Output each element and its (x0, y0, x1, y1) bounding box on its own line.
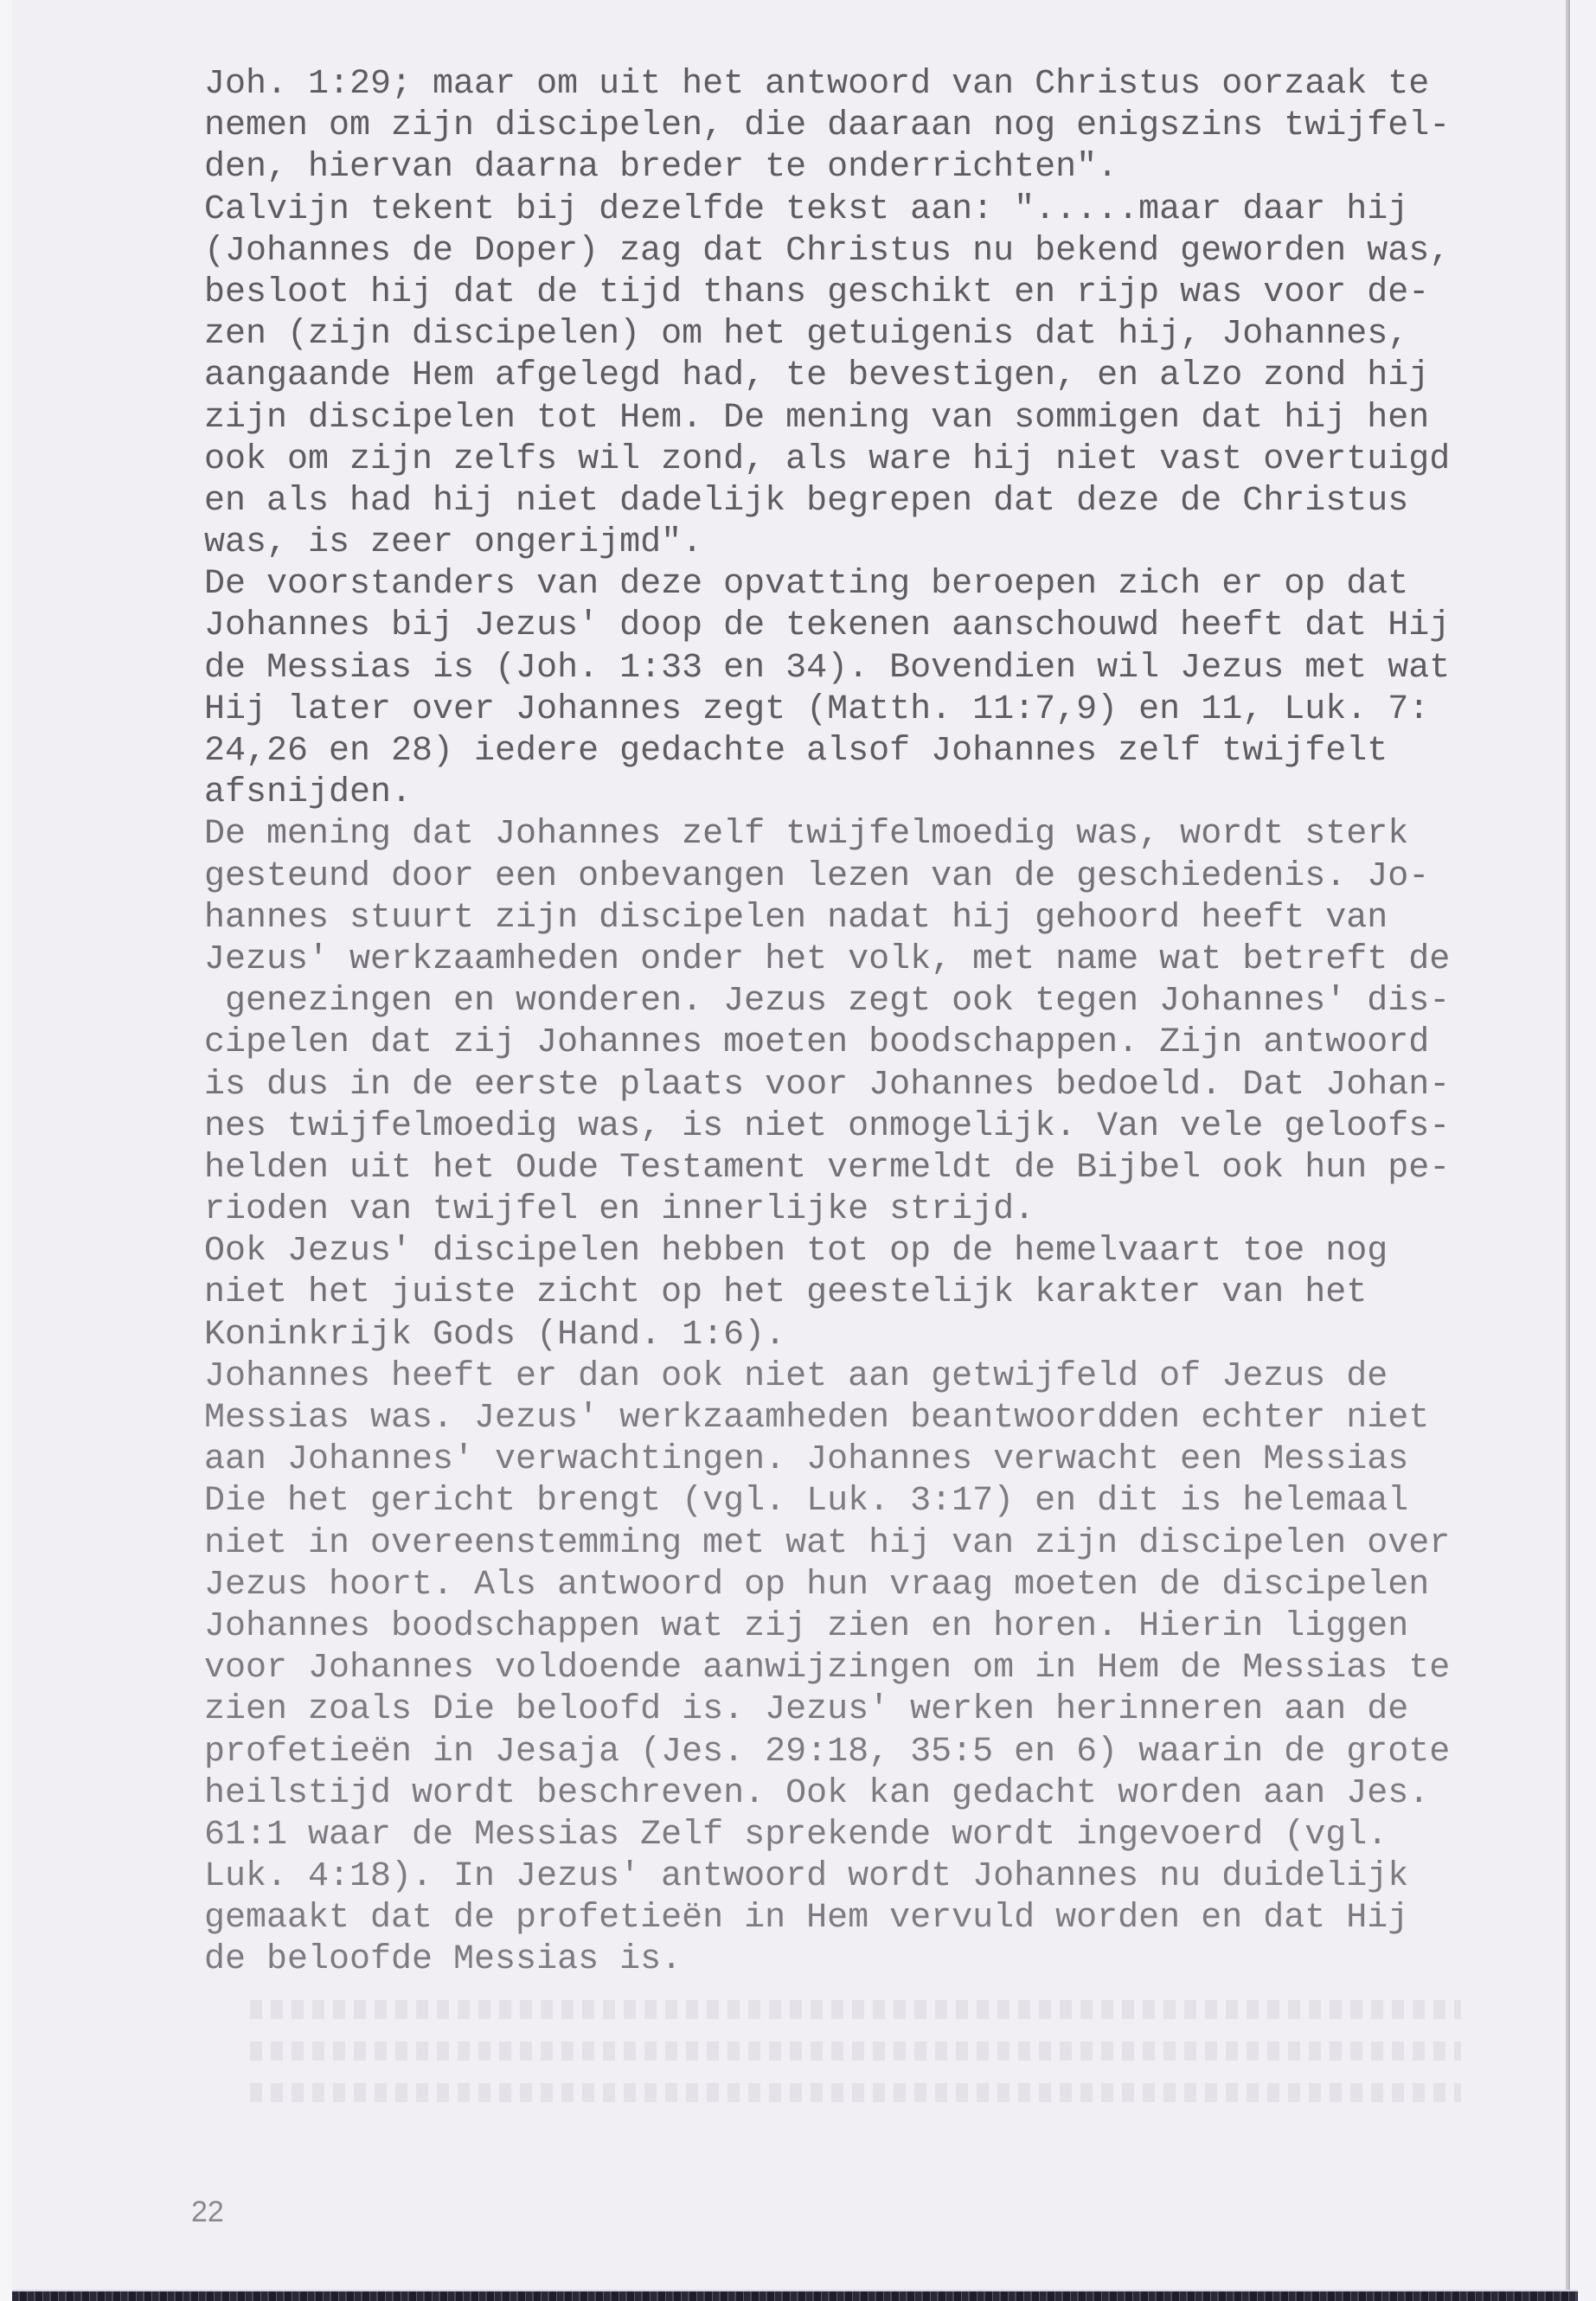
text-line: 24,26 en 28) iedere gedachte alsof Johan… (204, 731, 1450, 772)
bleed-through-line (250, 2041, 1461, 2061)
text-line: aan Johannes' verwachtingen. Johannes ve… (204, 1439, 1450, 1481)
text-line: zijn discipelen tot Hem. De mening van s… (204, 398, 1450, 439)
text-line: cipelen dat zij Johannes moeten boodscha… (204, 1022, 1450, 1064)
text-line: Johannes boodschappen wat zij zien en ho… (204, 1606, 1450, 1648)
text-line: profetieën in Jesaja (Jes. 29:18, 35:5 e… (204, 1732, 1450, 1773)
bleed-through-line (250, 2083, 1461, 2102)
text-line: genezingen en wonderen. Jezus zegt ook t… (204, 981, 1450, 1022)
text-line: hannes stuurt zijn discipelen nadat hij … (204, 898, 1450, 939)
text-line: zen (zijn discipelen) om het getuigenis … (204, 314, 1450, 356)
text-line: Hij later over Johannes zegt (Matth. 11:… (204, 689, 1450, 731)
document-page: Joh. 1:29; maar om uit het antwoord van … (12, 0, 1568, 2290)
text-line: De voorstanders van deze opvatting beroe… (204, 564, 1450, 606)
page-edge (1568, 0, 1596, 2301)
text-line: nemen om zijn discipelen, die daaraan no… (204, 106, 1450, 147)
text-line: Ook Jezus' discipelen hebben tot op de h… (204, 1231, 1450, 1272)
text-line: (Johannes de Doper) zag dat Christus nu … (204, 231, 1450, 272)
bleed-through-text (250, 2000, 1461, 2125)
text-line: de Messias is (Joh. 1:33 en 34). Bovendi… (204, 648, 1450, 689)
text-line: Jezus' werkzaamheden onder het volk, met… (204, 939, 1450, 981)
text-line: Johannes bij Jezus' doop de tekenen aans… (204, 606, 1450, 647)
text-line: zien zoals Die beloofd is. Jezus' werken… (204, 1689, 1450, 1731)
text-line: aangaande Hem afgelegd had, te bevestige… (204, 356, 1450, 397)
text-line: niet het juiste zicht op het geestelijk … (204, 1272, 1450, 1314)
body-text: Joh. 1:29; maar om uit het antwoord van … (204, 64, 1450, 1982)
text-line: gesteund door een onbevangen lezen van d… (204, 856, 1450, 898)
text-line: Die het gericht brengt (vgl. Luk. 3:17) … (204, 1481, 1450, 1522)
text-line: is dus in de eerste plaats voor Johannes… (204, 1065, 1450, 1106)
text-line: De mening dat Johannes zelf twijfelmoedi… (204, 814, 1450, 856)
text-line: rioden van twijfel en innerlijke strijd. (204, 1189, 1450, 1231)
bleed-through-line (250, 2000, 1461, 2019)
scan-bottom-edge (12, 2290, 1578, 2301)
text-line: helden uit het Oude Testament vermeldt d… (204, 1148, 1450, 1189)
text-line: Koninkrijk Gods (Hand. 1:6). (204, 1315, 1450, 1356)
text-line: was, is zeer ongerijmd". (204, 522, 1450, 564)
text-line: ook om zijn zelfs wil zond, als ware hij… (204, 439, 1450, 481)
text-line: besloot hij dat de tijd thans geschikt e… (204, 272, 1450, 314)
text-line: nes twijfelmoedig was, is niet onmogelij… (204, 1106, 1450, 1148)
text-line: den, hiervan daarna breder te onderricht… (204, 147, 1450, 189)
text-line: 61:1 waar de Messias Zelf sprekende word… (204, 1815, 1450, 1856)
text-line: heilstijd wordt beschreven. Ook kan geda… (204, 1773, 1450, 1815)
text-line: voor Johannes voldoende aanwijzingen om … (204, 1648, 1450, 1689)
text-line: Calvijn tekent bij dezelfde tekst aan: "… (204, 189, 1450, 231)
text-line: afsnijden. (204, 772, 1450, 814)
text-line: gemaakt dat de profetieën in Hem vervuld… (204, 1898, 1450, 1939)
text-line: niet in overeenstemming met wat hij van … (204, 1523, 1450, 1565)
text-line: de beloofde Messias is. (204, 1939, 1450, 1981)
text-line: Joh. 1:29; maar om uit het antwoord van … (204, 64, 1450, 106)
text-line: Luk. 4:18). In Jezus' antwoord wordt Joh… (204, 1856, 1450, 1898)
text-line: Messias was. Jezus' werkzaamheden beantw… (204, 1398, 1450, 1439)
text-line: Johannes heeft er dan ook niet aan getwi… (204, 1356, 1450, 1398)
text-line: Jezus hoort. Als antwoord op hun vraag m… (204, 1565, 1450, 1606)
page-number: 22 (191, 2195, 224, 2229)
text-line: en als had hij niet dadelijk begrepen da… (204, 481, 1450, 522)
